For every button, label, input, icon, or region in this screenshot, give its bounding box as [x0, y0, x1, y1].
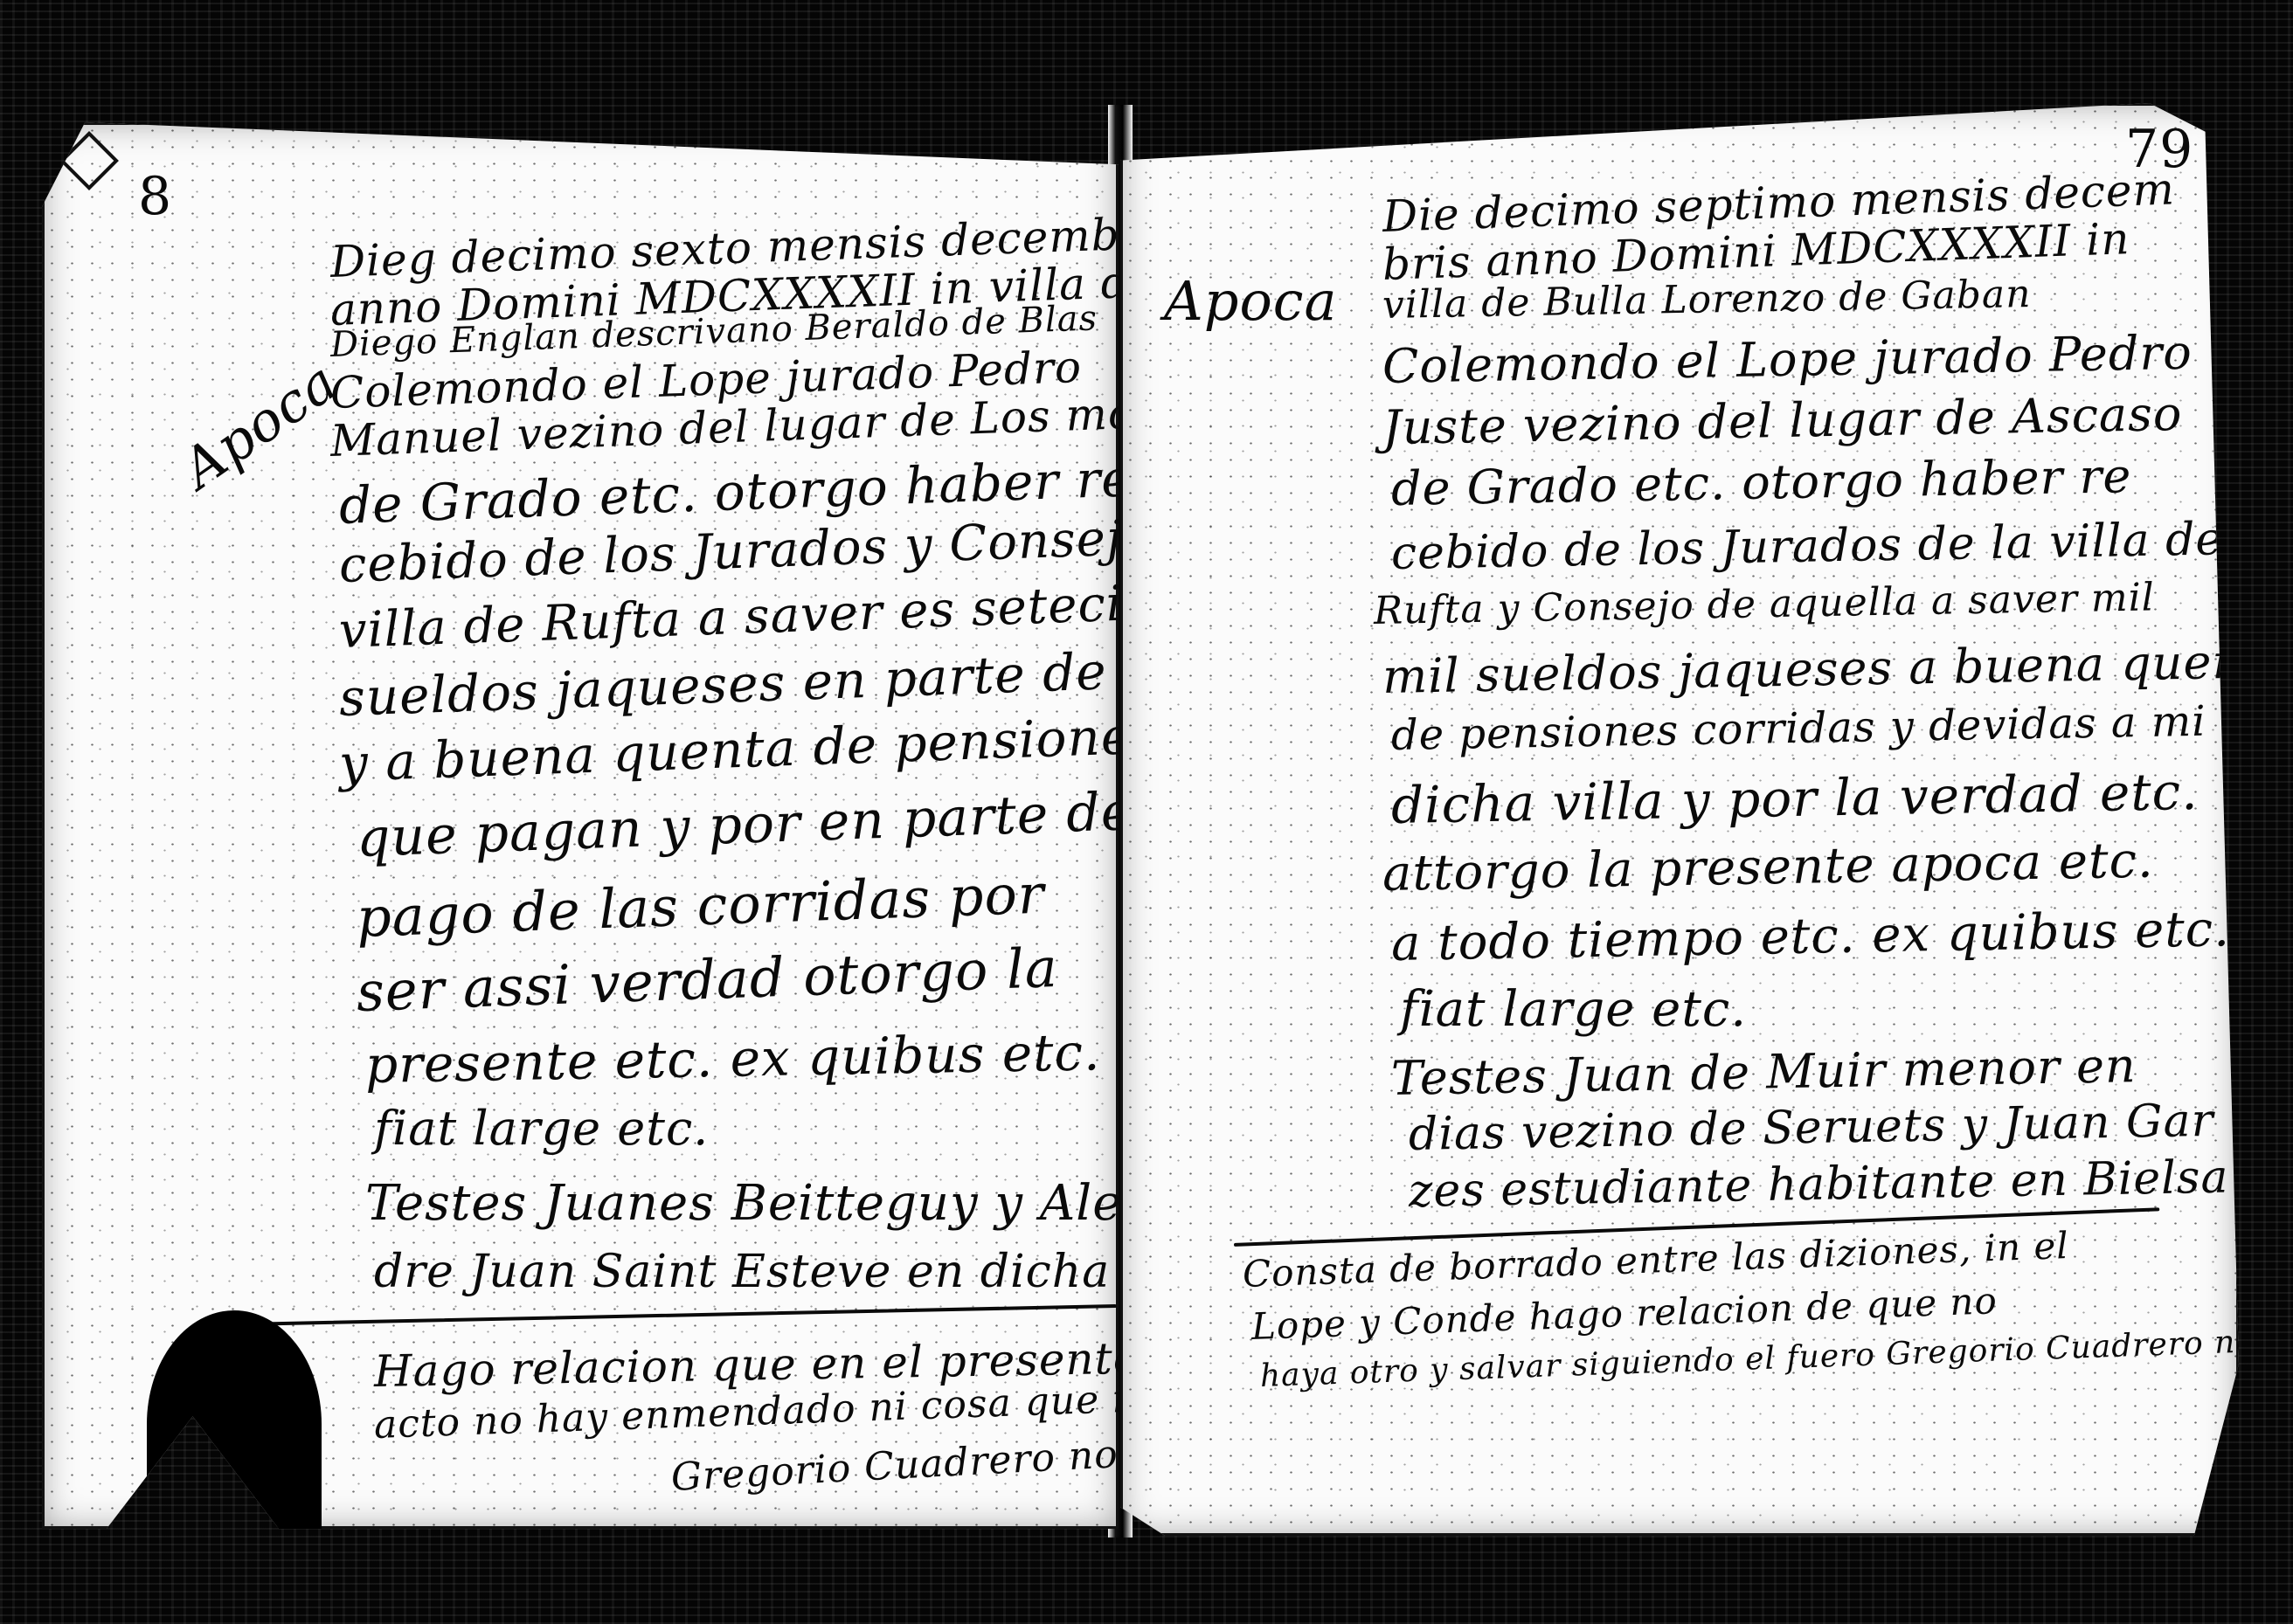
- right-page: 79 Apoca Die decimo septimo mensis decem…: [1120, 103, 2239, 1536]
- left-margin-note: Apoca: [170, 349, 349, 501]
- corner-fold-mark: [59, 131, 119, 190]
- entry-line: que pagan y por en parte de: [356, 785, 1133, 865]
- entry-line: Testes Juan de Muir menor en: [1391, 1042, 2137, 1102]
- entry-line: fiat large etc.: [1400, 985, 1747, 1034]
- entry-line: dre Juan Saint Esteve en dicha villa: [374, 1249, 1226, 1295]
- entry-line: villa de Bulla Lorenzo de Gaban: [1382, 275, 2032, 325]
- entry-line: fiat large etc.: [374, 1105, 709, 1152]
- entry-line: pago de las corridas por: [356, 867, 1045, 945]
- left-folio-mark: 8: [138, 166, 172, 227]
- binding-shadow: [147, 1310, 322, 1538]
- entry-line: a todo tiempo etc. ex quibus etc.: [1391, 905, 2231, 969]
- entry-line: mil sueldos jaqueses a buena quenta: [1382, 638, 2293, 701]
- entry-line: de pensiones corridas y devidas a mi por: [1391, 699, 2293, 757]
- entry-line: Testes Juanes Beitteguy y Alexan: [365, 1179, 1213, 1228]
- entry-line: ser assi verdad otorgo la: [356, 941, 1059, 1019]
- entry-line: cebido de los Jurados de la villa de: [1391, 516, 2224, 577]
- right-margin-note: Apoca: [1164, 269, 1337, 333]
- entry-line: Juste vezino del lugar de Ascaso: [1382, 390, 2183, 452]
- entry-line: attorgo la presente apoca etc.: [1382, 837, 2155, 899]
- left-page: 8 Apoca Dieg decimo sexto mensis decembr…: [42, 122, 1119, 1529]
- entry-line: Rufta y Consejo de aquella a saver mil: [1374, 578, 2156, 631]
- entry-line: dias vezino de Seruets y Juan Gar: [1409, 1098, 2214, 1158]
- entry-divider-rule: [199, 1304, 1117, 1327]
- signature-line: Gregorio Cuadrero not.: [670, 1434, 1149, 1497]
- entry-line: dicha villa y por la verdad etc.: [1390, 766, 2198, 831]
- entry-line: de Grado etc. otorgo haber re: [1391, 453, 2132, 513]
- entry-line: zes estudiante habitante en Bielsa: [1409, 1155, 2229, 1214]
- entry-line: Colemondo el Lope jurado Pedro: [1382, 329, 2193, 390]
- entry-line: presente etc. ex quibus etc.: [364, 1026, 1100, 1090]
